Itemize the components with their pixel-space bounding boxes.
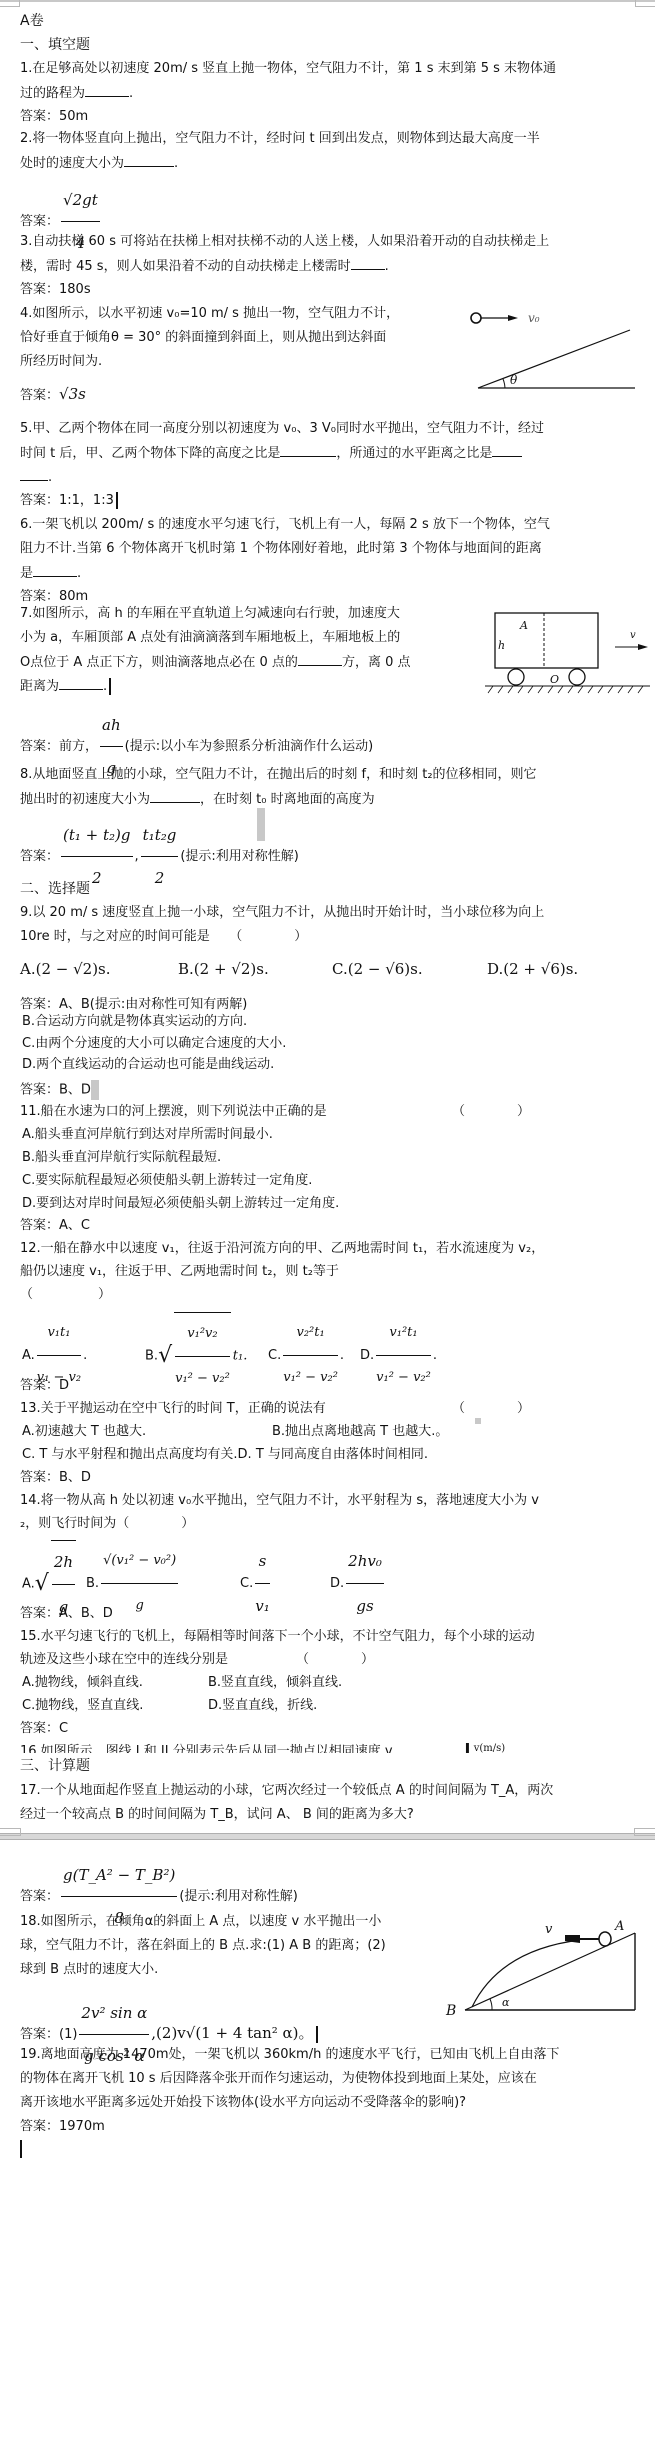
q17-line1: 17.一个从地面起作竖直上抛运动的小球，它两次经过一个较低点 A 的时间间隔为 … — [20, 1782, 553, 1800]
fig-label-v0: v₀ — [528, 311, 540, 325]
q6-text: 是 — [20, 566, 33, 581]
fraction-numerator: v₁²t₁ — [376, 1312, 431, 1356]
velocity-arrow-icon — [508, 315, 518, 321]
q15-option-d: D.竖直直线，折线. — [208, 1697, 317, 1715]
q4-answer: 答案：√3s — [20, 385, 86, 405]
fraction-numerator: v₁t₁ — [37, 1312, 81, 1356]
q12-option-d: D.v₁²t₁v₁² − v₂². — [360, 1312, 437, 1399]
option-suffix: . — [433, 1348, 437, 1363]
option-fraction: v₂²t₁v₁² − v₂² — [283, 1312, 338, 1399]
q9-answer: 答案：A、B(提示:由对称性可知有两解) — [20, 996, 247, 1014]
q18-line2: 球，空气阻力不计，落在斜面上的 B 点.求:(1) A B 的距离；(2) — [20, 1937, 386, 1955]
answer-label: 答案： — [20, 1889, 59, 1904]
page-corner-mark-right — [634, 1828, 655, 1836]
q15-text: 轨迹及这些小球在空中的连线分别是 — [20, 1652, 228, 1667]
q6-line2: 阻力不计.当第 6 个物体离开飞机时第 1 个物体刚好着地，此时第 3 个物体与… — [20, 540, 542, 558]
q7-blank-1 — [298, 653, 342, 666]
q5-line1: 5.甲、乙两个物体在同一高度分别以初速度为 v₀、3 V₀同时水平抛出，空气阻力… — [20, 420, 544, 438]
q14-line1: 14.将一物从高 h 处以初速 v₀水平抛出，空气阻力不计，水平射程为 s，落地… — [20, 1492, 539, 1510]
fraction-denominator: v₁ — [255, 1584, 270, 1627]
page-corner-mark-left — [0, 1828, 21, 1836]
q9-option-a: A.(2 − √2)s. — [20, 960, 111, 978]
q5-line2: 时间 t 后，甲、乙两个物体下降的高度之比是，所通过的水平距离之比是 — [20, 444, 522, 463]
q9-option-c: C.(2 − √6)s. — [332, 960, 423, 978]
q2-blank — [124, 154, 174, 167]
fraction-denominator: 2 — [141, 857, 179, 898]
q7-blank-2 — [59, 677, 103, 690]
page-top-border — [0, 0, 655, 2]
q9-line2: 10re 时，与之对应的时间可能是 （ ） — [20, 928, 307, 946]
q4-line2: 恰好垂直于倾角θ = 30° 的斜面撞到斜面上，则从抛出到达斜面 — [20, 329, 386, 347]
q13-text: 13.关于平抛运动在空中飞行的时间 T，正确的说法有 — [20, 1401, 326, 1416]
page-corner-mark-right — [635, 0, 655, 7]
q11-answer: 答案：A、C — [20, 1217, 90, 1235]
q3-answer: 答案：180s — [20, 281, 91, 299]
q18-incline-figure: v A B α — [440, 1905, 655, 2015]
q8-hint: (提示:利用对称性解) — [180, 849, 299, 864]
q16-text: 16.如图所示，图线 I 和 II 分别表示先后从同一抛点以相同速度 v — [20, 1743, 393, 1753]
q14-option-c: C.sv₁ — [240, 1540, 272, 1627]
fig-label-alpha: α — [502, 1996, 510, 2009]
wheel-icon — [508, 669, 524, 685]
section-heading-choice: 二、选择题 — [20, 880, 90, 898]
fraction-numerator: g(T_A² − T_B²) — [61, 1855, 177, 1897]
sqrt-icon: √ — [158, 1343, 172, 1368]
q4-answer-value: √3s — [59, 385, 86, 403]
ball-icon — [471, 313, 481, 323]
q13-answer: 答案：B、D — [20, 1469, 91, 1487]
q13-line1: 13.关于平抛运动在空中飞行的时间 T，正确的说法有（ ） — [20, 1400, 326, 1418]
q12-option-c: C.v₂²t₁v₁² − v₂². — [268, 1312, 344, 1399]
q4-line1: 4.如图所示，以水平初速 v₀=10 m/ s 抛出一物，空气阻力不计， — [20, 305, 399, 323]
fraction-denominator: gs — [346, 1584, 384, 1627]
answer-label: 答案： — [20, 849, 59, 864]
q10-option-b: B.合运动方向就是物体真实运动的方向. — [22, 1013, 247, 1031]
q14-option-d: D.2hv₀gs — [330, 1540, 386, 1627]
fig-label-theta: θ — [510, 373, 518, 387]
velocity-arrow-icon — [638, 644, 648, 650]
q7-line2: 小为 a，车厢顶部 A 点处有油滴滴落到车厢地板上，车厢地板上的 — [20, 629, 400, 647]
fig-axis-label: v(m/s) — [474, 1743, 505, 1753]
option-label: A. — [22, 1577, 35, 1592]
q8-blank-1 — [150, 790, 200, 803]
q5-answer-text: 答案：1:1，1:3 — [20, 493, 114, 508]
q8-line2: 抛出时的初速度大小为，在时刻 t₀ 时离地面的高度为 — [20, 790, 375, 809]
q7-line4: 距离为. — [20, 677, 111, 696]
trajectory-curve — [472, 1940, 580, 2007]
q18-answer-part2: ,(2)v√(1 + 4 tan² α)。 — [151, 2024, 313, 2042]
page-corner-mark-left — [0, 0, 20, 7]
q2-line1: 2.将一物体竖直向上抛出，空气阻力不计，经时问 t 回到出发点，则物体到达最大高… — [20, 130, 540, 148]
q7-text-b: 方，离 0 点 — [342, 655, 411, 670]
option-label: D. — [330, 1576, 344, 1591]
q5-text-b: ，所通过的水平距离之比是 — [336, 446, 492, 461]
option-label: C. — [240, 1576, 253, 1591]
q4-incline-figure: v₀ θ — [460, 305, 655, 405]
q1-text: 过的路程为 — [20, 86, 85, 101]
option-suffix: . — [83, 1348, 87, 1363]
q7-hint: (提示:以小车为参照系分析油滴作什么运动) — [125, 739, 374, 754]
q16-clipped-line: 16.如图所示，图线 I 和 II 分别表示先后从同一抛点以相同速度 v ▍v(… — [0, 1743, 655, 1753]
answer-label: 答案： — [20, 214, 59, 229]
q6-answer: 答案：80m — [20, 588, 88, 606]
q19-line1: 19.离地面高度为 1470m处，一架飞机以 360km/h 的速度水平飞行，已… — [20, 2046, 559, 2064]
ball-icon — [599, 1932, 611, 1946]
q8-answer-fraction-2: t₁t₂g2 — [141, 815, 179, 898]
q9-line1: 9.以 20 m/ s 速度竖直上抛一小球，空气阻力不计，从抛出时开始计时，当小… — [20, 904, 544, 922]
fraction-numerator: 2h — [52, 1541, 75, 1585]
q11-option-b: B.船头垂直河岸航行实际航程最短. — [22, 1149, 221, 1167]
q13-option-b: B.抛出点离地越高 T 也越大.。 — [272, 1423, 448, 1441]
fraction-numerator: ah — [100, 705, 123, 747]
q2-line2: 处时的速度大小为. — [20, 154, 178, 173]
q2-text: 处时的速度大小为 — [20, 156, 124, 171]
fig-label-A: A — [614, 1919, 624, 1934]
q10-option-c: C.由两个分速度的大小可以确定合速度的大小. — [22, 1035, 286, 1053]
sqrt-icon: √ — [35, 1571, 49, 1596]
q11-option-d: D.要到达对岸时间最短必须使船头朝上游转过一定角度. — [22, 1195, 339, 1213]
paper-title: A卷 — [20, 12, 44, 30]
option-label: A. — [22, 1348, 35, 1363]
q18-line3: 球到 B 点时的速度大小. — [20, 1961, 158, 1979]
fig-label-h: h — [498, 639, 505, 652]
fig-label-v: v — [630, 630, 636, 641]
q13-option-cd: C. T 与水平射程和抛出点高度均有关.D. T 与同高度自由落体时间相同. — [22, 1446, 428, 1464]
fraction-numerator: t₁t₂g — [141, 815, 179, 857]
fraction-denominator: v₁² − v₂² — [175, 1357, 230, 1400]
q10-answer-text: 答案：B、D — [20, 1083, 91, 1098]
q11-line1: 11.船在水速为口的河上摆渡，则下列说法中正确的是（ ） — [20, 1103, 327, 1121]
q19-line3: 离开该地水平距离多远处开始投下该物体(设水平方向运动不受降落伞的影响)? — [20, 2094, 466, 2112]
fraction-numerator: √2gt — [61, 180, 100, 222]
q3-blank — [351, 257, 385, 270]
q16-fig-axis: ▍v(m/s) — [466, 1743, 505, 1753]
q19-line2: 的物体在离开飞机 10 s 后因降落伞张开而作匀速运动，为使物体投到地面上某处，… — [20, 2070, 537, 2088]
q10-answer: 答案：B、D — [20, 1080, 99, 1100]
q15-line2: 轨迹及这些小球在空中的连线分别是（ ） — [20, 1651, 228, 1669]
q8-text-a: 抛出时的初速度大小为 — [20, 792, 150, 807]
q13-answer-paren: （ ） — [452, 1400, 530, 1418]
q11-option-a: A.船头垂直河岸航行到达对岸所需时间最小. — [22, 1126, 273, 1144]
q11-option-c: C.要实际航程最短必须使船头朝上游转过一定角度. — [22, 1172, 312, 1190]
q3-line1: 3.自动扶梯 60 s 可将站在扶梯上相对扶梯不动的人送上楼，人如果沿着开动的自… — [20, 233, 549, 251]
carriage-box — [495, 613, 598, 668]
q6-line3: 是. — [20, 564, 81, 583]
fig-label-v: v — [545, 1922, 553, 1937]
section-heading-calc: 三、计算题 — [20, 1757, 90, 1775]
q5-answer: 答案：1:1，1:3 — [20, 492, 118, 510]
answer-label: 答案：(1) — [20, 2027, 77, 2042]
q1-blank — [85, 84, 129, 97]
fraction-numerator: s — [255, 1540, 270, 1584]
answer-label: 答案：前方， — [20, 739, 98, 754]
text-cursor — [20, 2140, 22, 2158]
fraction-numerator: (t₁ + t₂)g — [61, 815, 133, 857]
text-cursor — [316, 2026, 318, 2043]
q15-option-a: A.抛物线，倾斜直线. — [22, 1674, 143, 1692]
q5-blank-2 — [492, 444, 522, 457]
q7-carriage-figure: A h O v — [480, 605, 655, 695]
q14-line2: ₂，则飞行时间为（ ） — [20, 1515, 194, 1533]
q9-option-d: D.(2 + √6)s. — [487, 960, 578, 978]
q1-line1: 1.在足够高处以初速度 20m/ s 竖直上抛一物体，空气阻力不计，第 1 s … — [20, 60, 556, 78]
q15-line1: 15.水平匀速飞行的飞机上，每隔相等时间落下一个小球，不计空气阻力，每个小球的运… — [20, 1628, 535, 1646]
fig-label-A: A — [519, 619, 528, 632]
q5-text-a: 时间 t 后，甲、乙两个物体下降的高度之比是 — [20, 446, 280, 461]
q12-line1: 12.一船在静水中以速度 v₁，往返于沿河流方向的甲、乙两地需时间 t₁，若水流… — [20, 1240, 544, 1258]
q5-line3: . — [20, 468, 52, 487]
option-suffix: t₁. — [233, 1349, 248, 1364]
q6-blank — [33, 564, 77, 577]
page-break — [0, 1833, 655, 1840]
section-heading-fill: 一、填空题 — [20, 36, 90, 54]
q7-line3: O点位于 A 点正下方，则油滴落地点必在 0 点的方，离 0 点 — [20, 653, 410, 672]
fraction-numerator: v₁²v₂ — [175, 1313, 230, 1357]
fig-label-O: O — [550, 673, 559, 686]
q19-answer: 答案：1970m — [20, 2118, 105, 2136]
q12-option-b: B.√v₁²v₂v₁² − v₂²t₁. — [145, 1312, 247, 1400]
q8-text-b: ，在时刻 t₀ 时离地面的高度为 — [200, 792, 375, 807]
q7-line1: 7.如图所示，高 h 的车厢在平直轨道上匀减速向右行驶，加速度大 — [20, 605, 400, 623]
answer-label: 答案： — [20, 388, 59, 403]
fraction-numerator: 2v² sin α — [79, 1993, 149, 2035]
q9-option-b: B.(2 + √2)s. — [178, 960, 269, 978]
q13-option-a: A.初速越大 T 也越大. — [22, 1423, 146, 1441]
q11-answer-paren: （ ） — [452, 1103, 530, 1121]
q12-line2: 船仍以速度 v₁，往返于甲、乙两地需时间 t₂，则 t₂等于 — [20, 1263, 339, 1281]
q1-line2: 过的路程为. — [20, 84, 133, 103]
fraction-numerator: √(v₁² − v₀²) — [101, 1540, 178, 1584]
q5-blank-1 — [280, 444, 336, 457]
q17-line2: 经过一个较高点 B 的时间间隔为 T_B，试问 A、 B 间的距离为多大? — [20, 1806, 414, 1824]
q15-option-b: B.竖直直线，倾斜直线. — [208, 1674, 342, 1692]
option-fraction: sv₁ — [255, 1540, 270, 1627]
q1-answer: 答案：50m — [20, 108, 88, 126]
option-label: D. — [360, 1348, 374, 1363]
option-fraction: 2hv₀gs — [346, 1540, 384, 1627]
q8-line1: 8.从地面竖直上抛的小球，空气阻力不计，在抛出后的时刻 f，和时刻 t₂的位移相… — [20, 766, 537, 784]
q11-text: 11.船在水速为口的河上摆渡，则下列说法中正确的是 — [20, 1104, 327, 1119]
small-marker — [475, 1418, 481, 1424]
q14-answer: 答案：A、B、D — [20, 1605, 113, 1623]
q12-answer: 答案：D — [20, 1377, 69, 1395]
selection-highlight — [257, 808, 265, 841]
option-suffix: . — [340, 1348, 344, 1363]
q7-text-c: 距离为 — [20, 679, 59, 694]
option-label: C. — [268, 1348, 281, 1363]
q5-blank-2-cont — [20, 468, 48, 481]
option-fraction: v₁²t₁v₁² − v₂² — [376, 1312, 431, 1399]
q3-text: 楼，需时 45 s，则人如果沿着不动的自动扶梯走上楼需时 — [20, 259, 351, 274]
q15-option-c: C.抛物线，竖直直线. — [22, 1697, 143, 1715]
q15-answer-paren: （ ） — [296, 1651, 374, 1669]
wheel-icon — [569, 669, 585, 685]
fraction-denominator: v₁² − v₂² — [283, 1356, 338, 1399]
option-label: B. — [145, 1349, 158, 1364]
q12-line3: （ ） — [20, 1286, 111, 1304]
option-fraction: v₁²v₂v₁² − v₂² — [174, 1312, 231, 1400]
q3-line2: 楼，需时 45 s，则人如果沿着不动的自动扶梯走上楼需时. — [20, 257, 389, 276]
q18-line1: 18.如图所示，在倾角α的斜面上 A 点，以速度 v 水平抛出一小 — [20, 1913, 381, 1931]
fraction-numerator: 2hv₀ — [346, 1540, 384, 1584]
text-cursor — [109, 678, 111, 695]
fraction-denominator: v₁² − v₂² — [376, 1356, 431, 1399]
q7-text-a: O点位于 A 点正下方，则油滴落地点必在 0 点的 — [20, 655, 298, 670]
selection-highlight — [91, 1080, 99, 1100]
q10-option-d: D.两个直线运动的合运动也可能是曲线运动. — [22, 1056, 274, 1074]
option-label: B. — [86, 1576, 99, 1591]
q6-line1: 6.一架飞机以 200m/ s 的速度水平匀速飞行，飞机上有一人，每隔 2 s … — [20, 516, 550, 534]
q4-line3: 所经历时间为. — [20, 353, 102, 371]
fraction-numerator: v₂²t₁ — [283, 1312, 338, 1356]
q15-answer: 答案：C — [20, 1720, 68, 1738]
text-cursor — [116, 492, 118, 509]
fig-label-B: B — [445, 2003, 456, 2015]
q17-hint: (提示:利用对称性解) — [179, 1889, 298, 1904]
